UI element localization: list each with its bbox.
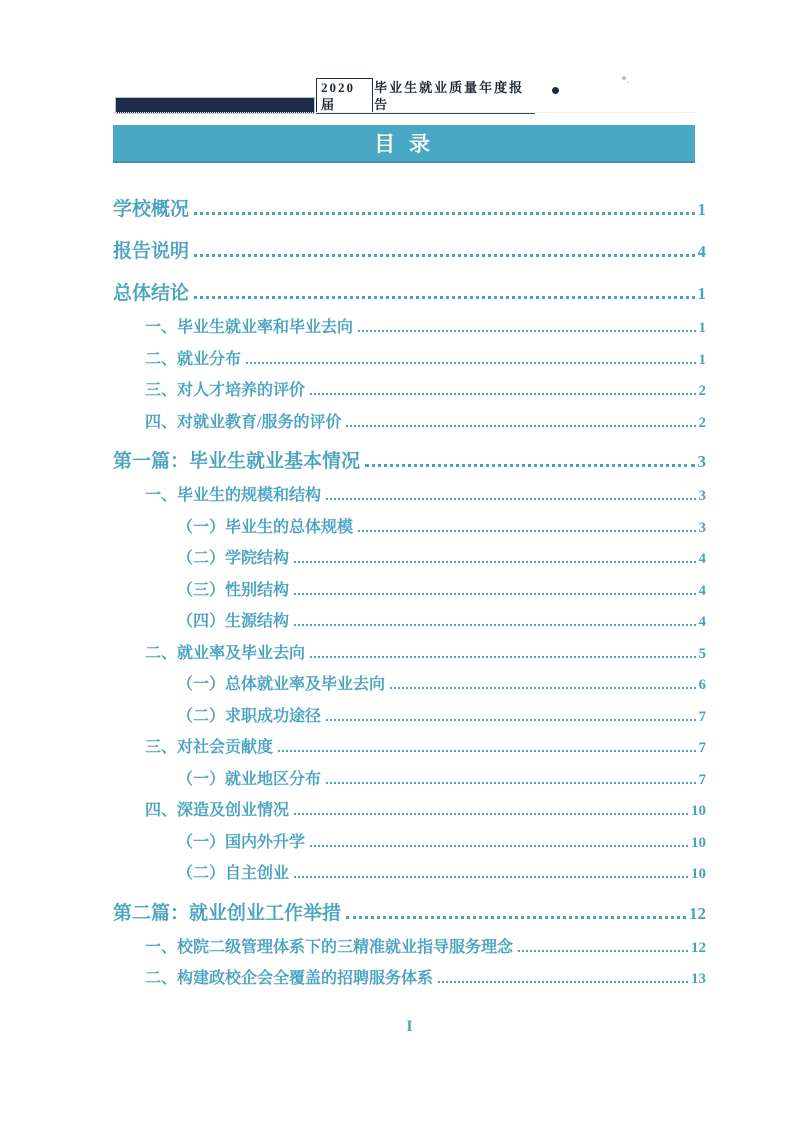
dotted-leader <box>246 362 695 364</box>
dotted-leader <box>310 845 688 847</box>
dotted-leader <box>194 212 694 215</box>
toc-entry-page: 5 <box>699 646 707 663</box>
footer: I <box>113 1018 706 1036</box>
dotted-leader <box>294 593 695 595</box>
toc-entry[interactable]: 第二篇：就业创业工作举措 12 <box>113 886 706 928</box>
toc-list: 学校概况 1 报告说明 4 总体结论 1 一、毕业生就业率和毕业去向 1 二、就… <box>113 182 706 991</box>
dotted-leader <box>346 916 686 919</box>
toc-entry-label: 三、对社会贡献度 <box>145 734 273 757</box>
toc-entry-page: 13 <box>691 971 706 988</box>
toc-entry[interactable]: （二）自主创业 10 <box>113 854 706 886</box>
toc-entry[interactable]: 四、深造及创业情况 10 <box>113 791 706 823</box>
toc-entry[interactable]: 第一篇：毕业生就业基本情况 3 <box>113 434 706 476</box>
toc-entry[interactable]: 三、对人才培养的评价 2 <box>113 371 706 403</box>
toc-entry[interactable]: （四）生源结构 4 <box>113 602 706 634</box>
dotted-leader <box>365 464 694 467</box>
toc-entry-page: 1 <box>698 200 707 220</box>
toc-entry-page: 4 <box>698 242 707 262</box>
toc-entry-page: 2 <box>699 415 707 432</box>
dotted-leader <box>194 254 694 257</box>
toc-entry-label: （一）毕业生的总体规模 <box>177 514 353 537</box>
toc-entry-page: 1 <box>699 320 707 337</box>
toc-entry[interactable]: （二）求职成功途径 7 <box>113 697 706 729</box>
toc-entry[interactable]: 二、就业率及毕业去向 5 <box>113 634 706 666</box>
toc-entry[interactable]: 一、毕业生的规模和结构 3 <box>113 476 706 508</box>
dotted-leader <box>310 393 695 395</box>
toc-entry-label: 一、毕业生就业率和毕业去向 <box>145 314 353 337</box>
toc-entry[interactable]: （三）性别结构 4 <box>113 571 706 603</box>
toc-entry-label: 第二篇：就业创业工作举措 <box>113 898 341 925</box>
toc-entry-label: （二）自主创业 <box>177 860 289 883</box>
toc-entry-label: （一）国内外升学 <box>177 829 305 852</box>
running-header: 2020届 毕业生就业质量年度报告 <box>115 78 535 114</box>
dotted-leader <box>390 687 695 689</box>
dotted-leader <box>326 719 695 721</box>
dotted-leader <box>346 425 695 427</box>
toc-entry[interactable]: 一、毕业生就业率和毕业去向 1 <box>113 308 706 340</box>
toc-entry-label: 一、校院二级管理体系下的三精准就业指导服务理念 <box>145 934 513 957</box>
footer-page-number: I <box>406 1018 412 1035</box>
toc-entry-label: （二）学院结构 <box>177 545 289 568</box>
toc-entry-page: 3 <box>698 452 707 472</box>
toc-entry-page: 7 <box>699 709 707 726</box>
toc-entry-page: 7 <box>699 740 707 757</box>
toc-entry-label: （三）性别结构 <box>177 577 289 600</box>
toc-entry-label: （一）就业地区分布 <box>177 766 321 789</box>
toc-entry-label: 四、深造及创业情况 <box>145 797 289 820</box>
toc-entry-label: 一、毕业生的规模和结构 <box>145 482 321 505</box>
toc-entry-page: 10 <box>691 803 706 820</box>
dotted-leader <box>294 813 688 815</box>
toc-entry-page: 3 <box>699 488 707 505</box>
smudge-mark <box>622 76 626 80</box>
dotted-leader <box>310 656 695 658</box>
toc-entry[interactable]: （一）总体就业率及毕业去向 6 <box>113 665 706 697</box>
toc-entry-page: 6 <box>699 677 707 694</box>
toc-entry[interactable]: 二、就业分布 1 <box>113 340 706 372</box>
toc-entry-label: 三、对人才培养的评价 <box>145 377 305 400</box>
header-title-year-box: 2020届 <box>316 78 373 113</box>
toc-entry-page: 1 <box>699 352 707 369</box>
toc-entry[interactable]: （一）就业地区分布 7 <box>113 760 706 792</box>
toc-entry[interactable]: 三、对社会贡献度 7 <box>113 728 706 760</box>
dotted-leader <box>294 561 695 563</box>
toc-entry[interactable]: 二、构建政校企会全覆盖的招聘服务体系 13 <box>113 959 706 991</box>
document-page: 2020届 毕业生就业质量年度报告 目 录 学校概况 1 报告说明 4 总体结论… <box>0 0 800 1131</box>
toc-title: 目 录 <box>374 128 434 158</box>
toc-entry-label: （二）求职成功途径 <box>177 703 321 726</box>
dotted-leader <box>358 530 695 532</box>
toc-entry-page: 4 <box>699 551 707 568</box>
dotted-leader <box>518 950 688 952</box>
toc-entry[interactable]: 一、校院二级管理体系下的三精准就业指导服务理念 12 <box>113 928 706 960</box>
header-title: 2020届 毕业生就业质量年度报告 <box>316 78 535 114</box>
toc-entry-page: 2 <box>699 383 707 400</box>
dotted-leader <box>358 330 695 332</box>
toc-entry[interactable]: （一）毕业生的总体规模 3 <box>113 508 706 540</box>
toc-entry[interactable]: 总体结论 1 <box>113 266 706 308</box>
dotted-leader <box>294 876 688 878</box>
header-dot-ornament <box>552 87 559 94</box>
toc-banner: 目 录 <box>113 125 695 163</box>
toc-entry-page: 12 <box>691 940 706 957</box>
toc-entry-page: 4 <box>699 614 707 631</box>
header-title-text: 毕业生就业质量年度报告 <box>373 79 535 113</box>
toc-entry[interactable]: 四、对就业教育/服务的评价 2 <box>113 403 706 435</box>
toc-entry-label: 总体结论 <box>113 278 189 305</box>
toc-entry-label: 二、就业分布 <box>145 346 241 369</box>
dotted-leader <box>278 750 695 752</box>
toc-entry-page: 3 <box>699 520 707 537</box>
toc-entry[interactable]: 学校概况 1 <box>113 182 706 224</box>
dotted-leader <box>194 296 694 299</box>
toc-entry[interactable]: （二）学院结构 4 <box>113 539 706 571</box>
toc-entry-label: 二、构建政校企会全覆盖的招聘服务体系 <box>145 965 433 988</box>
toc-entry-label: 学校概况 <box>113 194 189 221</box>
toc-entry-label: 报告说明 <box>113 236 189 263</box>
toc-entry-page: 1 <box>698 284 707 304</box>
toc-entry-page: 4 <box>699 583 707 600</box>
dotted-leader <box>294 624 695 626</box>
toc-entry-page: 12 <box>689 904 706 924</box>
toc-entry[interactable]: 报告说明 4 <box>113 224 706 266</box>
toc-entry-label: 第一篇：毕业生就业基本情况 <box>113 446 360 473</box>
toc-entry-label: （四）生源结构 <box>177 608 289 631</box>
dotted-leader <box>326 498 695 500</box>
toc-entry-page: 10 <box>691 835 706 852</box>
toc-entry-label: 四、对就业教育/服务的评价 <box>145 409 341 432</box>
toc-entry-page: 7 <box>699 772 707 789</box>
toc-entry-label: 二、就业率及毕业去向 <box>145 640 305 663</box>
toc-entry-label: （一）总体就业率及毕业去向 <box>177 671 385 694</box>
dotted-leader <box>326 782 695 784</box>
toc-entry[interactable]: （一）国内外升学 10 <box>113 823 706 855</box>
toc-entry-page: 10 <box>691 866 706 883</box>
header-rule <box>113 112 695 113</box>
dotted-leader <box>438 981 688 983</box>
